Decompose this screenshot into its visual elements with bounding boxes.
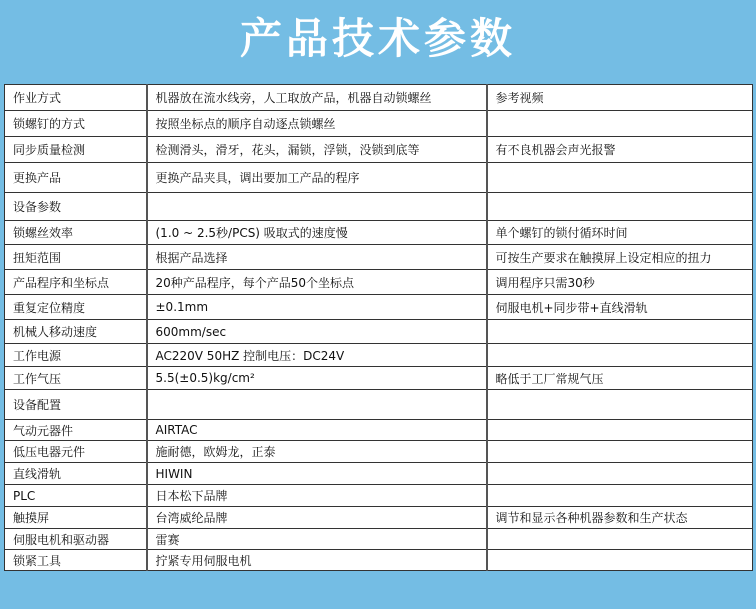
table-row: 工作电源AC220V 50HZ 控制电压：DC24V: [5, 344, 753, 367]
section-header-row: 设备参数: [5, 193, 753, 221]
param-label: PLC: [5, 485, 147, 507]
param-note: 参考视频: [487, 85, 753, 111]
param-value: 施耐德，欧姆龙，正泰: [147, 441, 487, 463]
param-label: 工作气压: [5, 367, 147, 390]
param-label: 扭矩范围: [5, 245, 147, 270]
param-value: 台湾威纶品牌: [147, 507, 487, 529]
page-title: 产品技术参数: [0, 6, 756, 72]
param-note: 调节和显示各种机器参数和生产状态: [487, 507, 753, 529]
param-note: [487, 441, 753, 463]
table-row: 触摸屏台湾威纶品牌调节和显示各种机器参数和生产状态: [5, 507, 753, 529]
param-label: 机械人移动速度: [5, 320, 147, 344]
table-row: 机械人移动速度600mm/sec: [5, 320, 753, 344]
param-note: [487, 420, 753, 441]
param-note: 单个螺钉的锁付循环时间: [487, 221, 753, 245]
table-row: 重复定位精度±0.1mm伺服电机+同步带+直线滑轨: [5, 295, 753, 320]
table-row: 低压电器元件施耐德，欧姆龙，正泰: [5, 441, 753, 463]
param-value: 检测滑头，滑牙，花头，漏锁，浮锁，没锁到底等: [147, 137, 487, 163]
param-note: 略低于工厂常规气压: [487, 367, 753, 390]
param-label: 触摸屏: [5, 507, 147, 529]
param-value: [147, 193, 487, 221]
param-value: HIWIN: [147, 463, 487, 485]
param-note: [487, 463, 753, 485]
table-row: 更换产品更换产品夹具，调出要加工产品的程序: [5, 163, 753, 193]
param-value: [147, 390, 487, 420]
param-label: 低压电器元件: [5, 441, 147, 463]
param-label: 产品程序和坐标点: [5, 270, 147, 295]
param-label: 重复定位精度: [5, 295, 147, 320]
section-title: 设备参数: [5, 193, 147, 221]
param-note: [487, 550, 753, 571]
param-value: AIRTAC: [147, 420, 487, 441]
param-note: [487, 111, 753, 137]
param-value: 按照坐标点的顺序自动逐点锁螺丝: [147, 111, 487, 137]
spec-table: 作业方式机器放在流水线旁，人工取放产品，机器自动锁螺丝参考视频锁螺钉的方式按照坐…: [4, 84, 753, 571]
param-label: 锁螺丝效率: [5, 221, 147, 245]
table-row: 伺服电机和驱动器雷赛: [5, 529, 753, 550]
table-row: 气动元器件AIRTAC: [5, 420, 753, 441]
param-label: 锁紧工具: [5, 550, 147, 571]
table-row: 同步质量检测 检测滑头，滑牙，花头，漏锁，浮锁，没锁到底等有不良机器会声光报警: [5, 137, 753, 163]
table-row: 直线滑轨HIWIN: [5, 463, 753, 485]
table-row: 锁螺丝效率(1.0 ~ 2.5秒/PCS) 吸取式的速度慢单个螺钉的锁付循环时间: [5, 221, 753, 245]
table-row: PLC日本松下品牌: [5, 485, 753, 507]
param-note: 有不良机器会声光报警: [487, 137, 753, 163]
param-note: 可按生产要求在触摸屏上设定相应的扭力: [487, 245, 753, 270]
param-value: 更换产品夹具，调出要加工产品的程序: [147, 163, 487, 193]
param-note: [487, 320, 753, 344]
section-header-row: 设备配置: [5, 390, 753, 420]
param-label: 直线滑轨: [5, 463, 147, 485]
param-label: 锁螺钉的方式: [5, 111, 147, 137]
param-value: 日本松下品牌: [147, 485, 487, 507]
table-row: 工作气压5.5(±0.5)kg/cm²略低于工厂常规气压: [5, 367, 753, 390]
param-value: 600mm/sec: [147, 320, 487, 344]
param-note: [487, 344, 753, 367]
table-row: 作业方式机器放在流水线旁，人工取放产品，机器自动锁螺丝参考视频: [5, 85, 753, 111]
table-row: 产品程序和坐标点20种产品程序，每个产品50个坐标点调用程序只需30秒: [5, 270, 753, 295]
param-note: [487, 163, 753, 193]
param-note: [487, 485, 753, 507]
param-label: 作业方式: [5, 85, 147, 111]
param-label: 伺服电机和驱动器: [5, 529, 147, 550]
param-note: 调用程序只需30秒: [487, 270, 753, 295]
param-label: 气动元器件: [5, 420, 147, 441]
param-label: 更换产品: [5, 163, 147, 193]
param-value: AC220V 50HZ 控制电压：DC24V: [147, 344, 487, 367]
param-value: 机器放在流水线旁，人工取放产品，机器自动锁螺丝: [147, 85, 487, 111]
param-note: [487, 529, 753, 550]
section-title: 设备配置: [5, 390, 147, 420]
param-value: 雷赛: [147, 529, 487, 550]
table-row: 扭矩范围根据产品选择可按生产要求在触摸屏上设定相应的扭力: [5, 245, 753, 270]
param-value: 20种产品程序，每个产品50个坐标点: [147, 270, 487, 295]
param-value: (1.0 ~ 2.5秒/PCS) 吸取式的速度慢: [147, 221, 487, 245]
param-value: 拧紧专用伺服电机: [147, 550, 487, 571]
table-row: 锁螺钉的方式按照坐标点的顺序自动逐点锁螺丝: [5, 111, 753, 137]
param-value: ±0.1mm: [147, 295, 487, 320]
param-note: 伺服电机+同步带+直线滑轨: [487, 295, 753, 320]
param-value: 5.5(±0.5)kg/cm²: [147, 367, 487, 390]
param-note: [487, 193, 753, 221]
param-value: 根据产品选择: [147, 245, 487, 270]
param-note: [487, 390, 753, 420]
table-row: 锁紧工具拧紧专用伺服电机: [5, 550, 753, 571]
param-label: 同步质量检测: [5, 137, 147, 163]
param-label: 工作电源: [5, 344, 147, 367]
